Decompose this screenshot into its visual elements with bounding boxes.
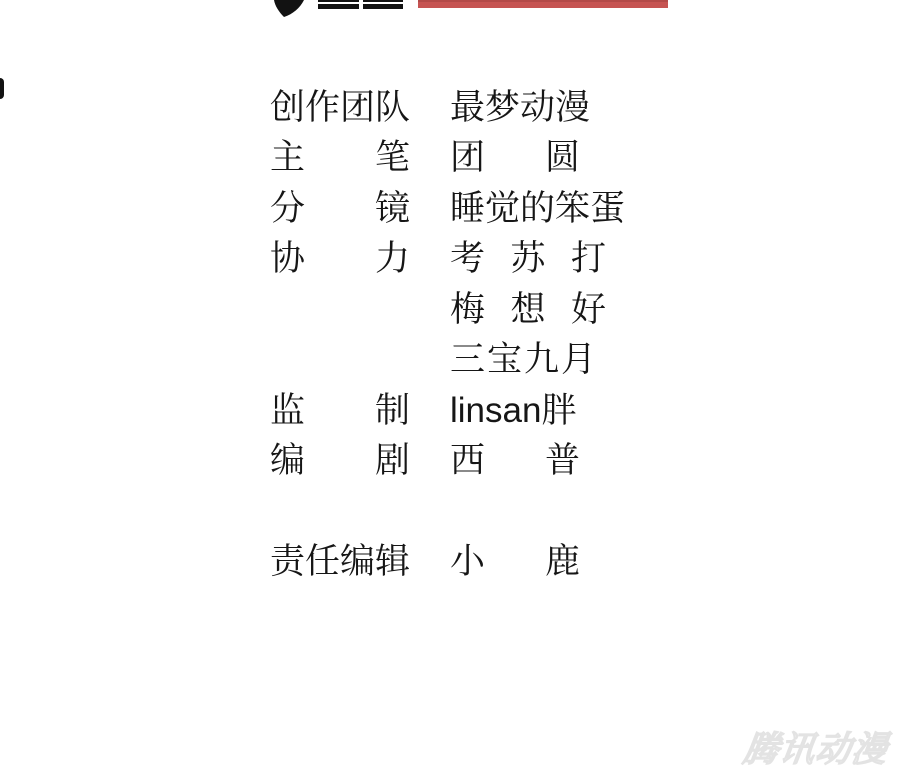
credit-char: 分 (270, 191, 305, 226)
credit-char: 想 (510, 292, 545, 327)
credit-name: 考苏打 (450, 241, 606, 276)
credit-char: 普 (545, 443, 580, 478)
credit-char: 好 (571, 292, 606, 327)
credits-row: 主笔团圆 (270, 133, 625, 184)
red-banner-fragment (418, 0, 668, 8)
credit-char: 考 (450, 241, 485, 276)
credit-role: 协力 (270, 241, 410, 276)
credits-list: 创作团队最梦动漫主笔团圆分镜睡觉的笨蛋协力考苏打梅想好三宝九月监制linsan胖… (270, 82, 625, 587)
tencent-comics-watermark: 腾讯动漫 (740, 722, 891, 772)
credits-row: 协力考苏打 (270, 234, 625, 285)
credit-char: 西 (450, 443, 485, 478)
credit-char: 力 (375, 241, 410, 276)
credit-name: 最梦动漫 (450, 90, 590, 125)
left-edge-mark (0, 78, 4, 99)
credits-row: 三宝九月 (270, 335, 625, 386)
credit-name: 三宝九月 (450, 342, 598, 377)
credit-role: 分镜 (270, 191, 410, 226)
credit-char: 编 (270, 443, 305, 478)
credit-char: 苏 (510, 241, 545, 276)
credit-role: 创作团队 (270, 90, 410, 125)
credits-row: 创作团队最梦动漫 (270, 82, 625, 133)
credits-row: 编剧西普 (270, 436, 625, 487)
comic-credits-page: 创作团队最梦动漫主笔团圆分镜睡觉的笨蛋协力考苏打梅想好三宝九月监制linsan胖… (0, 0, 900, 776)
logo-wedge-fragment-icon (274, 0, 304, 18)
logo-bar-segment (363, 0, 404, 9)
credits-row: 监制linsan胖 (270, 385, 625, 436)
credit-char: 打 (571, 241, 606, 276)
credit-char: 小 (450, 544, 485, 579)
credits-row: 责任编辑小鹿 (270, 537, 625, 588)
credit-role: 编剧 (270, 443, 410, 478)
credit-name: 睡觉的笨蛋 (450, 191, 625, 226)
credit-char: 圆 (545, 140, 580, 175)
credit-char: 协 (270, 241, 305, 276)
credit-char: 剧 (375, 443, 410, 478)
credits-row: 梅想好 (270, 284, 625, 335)
credit-char: 鹿 (545, 544, 580, 579)
credit-name: 小鹿 (450, 544, 580, 579)
credit-name: linsan胖 (450, 393, 576, 428)
credit-char: 主 (270, 140, 305, 175)
logo-bar-segment (318, 0, 359, 9)
credit-role: 监制 (270, 393, 410, 428)
credit-char: 镜 (375, 191, 410, 226)
credit-char: 监 (270, 393, 305, 428)
credits-row: 分镜睡觉的笨蛋 (270, 183, 625, 234)
credit-char: 笔 (375, 140, 410, 175)
credit-role: 主笔 (270, 140, 410, 175)
credit-char: 梅 (450, 292, 485, 327)
credit-name: 团圆 (450, 140, 580, 175)
credit-char: 制 (375, 393, 410, 428)
credit-char: 团 (450, 140, 485, 175)
logo-bars-fragment (318, 0, 403, 9)
credit-name: 梅想好 (450, 292, 606, 327)
credit-role: 责任编辑 (270, 544, 410, 579)
credit-name: 西普 (450, 443, 580, 478)
